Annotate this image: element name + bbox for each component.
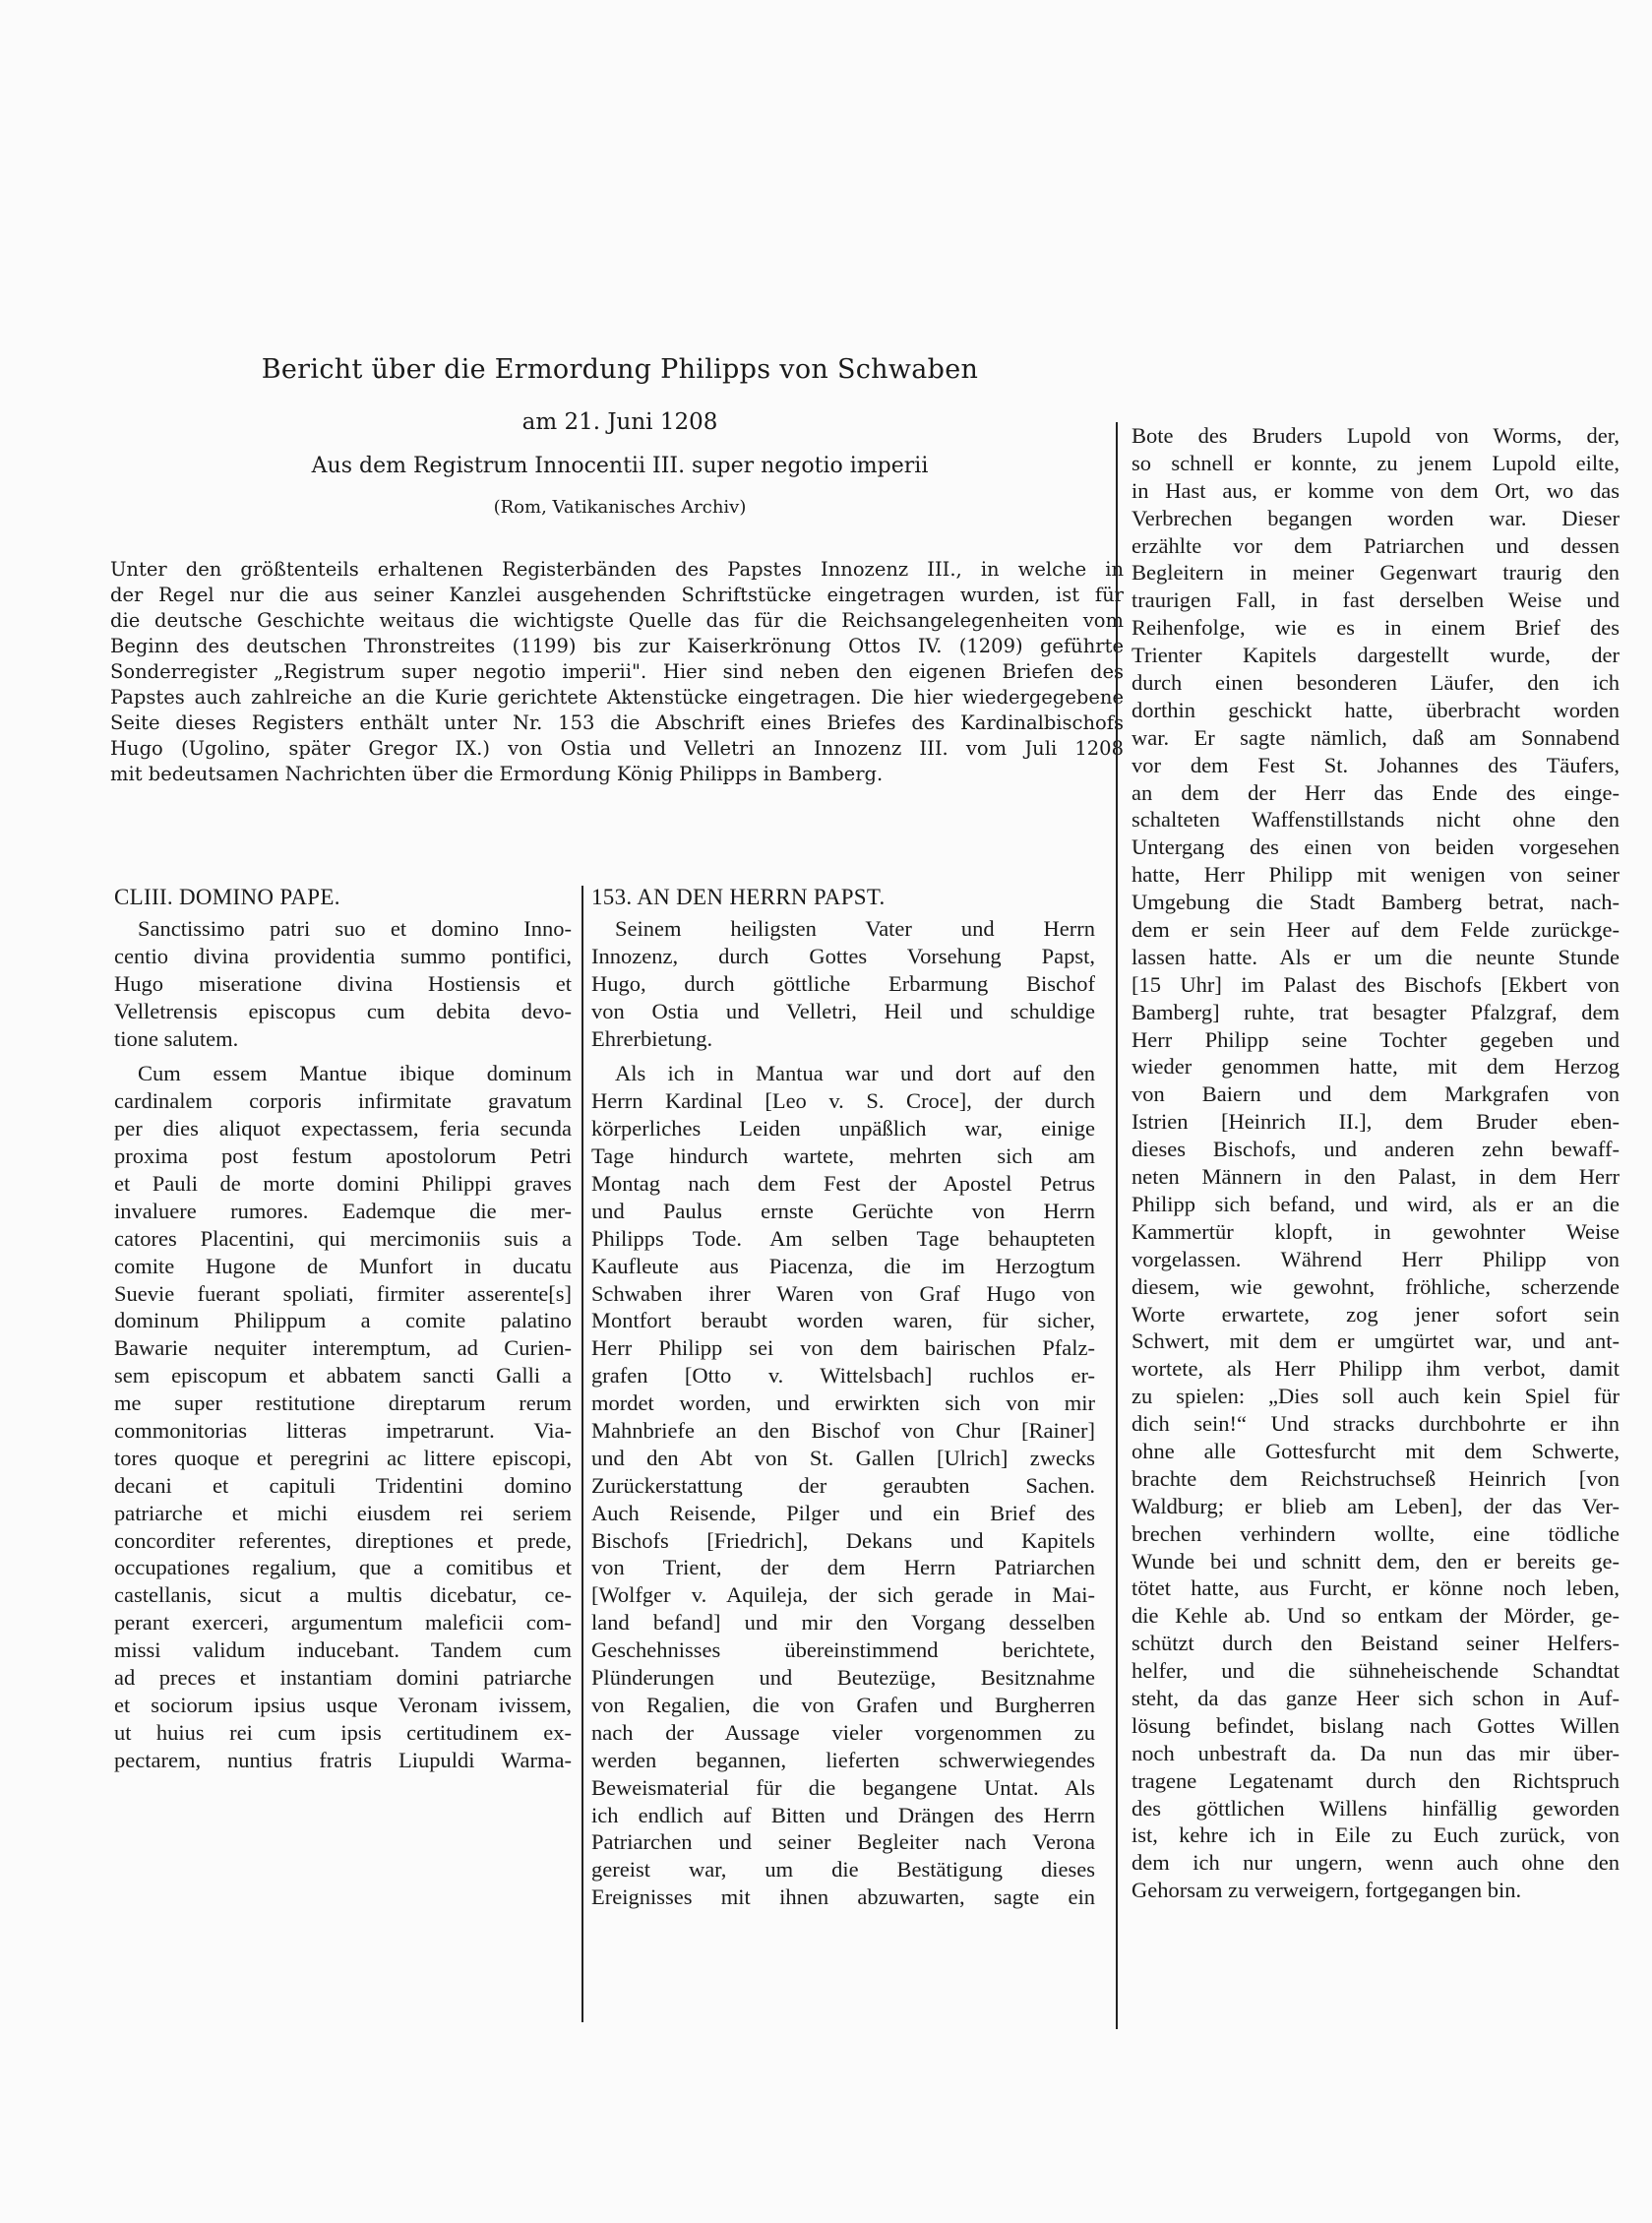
german-line: Plünderungen und Beutezüge, Besitznahme <box>591 1664 1095 1692</box>
latin-line: invaluere rumores. Eademque die mer- <box>114 1198 572 1225</box>
intro-line: die deutsche Geschichte weitaus die wich… <box>110 608 1124 634</box>
latin-line: Cum essem Mantue ibique dominum <box>114 1060 572 1087</box>
continuation-line: helfer, und die sühneheischende Schandta… <box>1132 1657 1620 1685</box>
continuation-line: vor dem Fest St. Johannes des Täufers, <box>1132 752 1620 779</box>
continuation-line: wieder genommen hatte, mit dem Herzog <box>1132 1053 1620 1081</box>
continuation-line: Herr Philipp seine Tochter gegeben und <box>1132 1026 1620 1054</box>
intro-line: Beginn des deutschen Thronstreites (1199… <box>110 634 1124 659</box>
continuation-line: Bamberg] ruhte, trat besagter Pfalzgraf,… <box>1132 999 1620 1026</box>
german-line: Ehrerbietung. <box>591 1025 1095 1053</box>
continuation-line: dem er sein Heer auf dem Felde zurückge- <box>1132 916 1620 944</box>
continuation-line: Wunde bei und schnitt dem, den er bereit… <box>1132 1548 1620 1575</box>
latin-line: tores quoque et peregrini ac littere epi… <box>114 1445 572 1472</box>
german-line: Auch Reisende, Pilger und ein Brief des <box>591 1500 1095 1527</box>
latin-line: sem episcopum et abbatem sancti Galli a <box>114 1362 572 1389</box>
german-line: ich endlich auf Bitten und Drängen des H… <box>591 1802 1095 1829</box>
continuation-line: Philipp sich befand, und wird, als er an… <box>1132 1191 1620 1218</box>
intro-paragraph: Unter den größtenteils erhaltenen Regist… <box>110 557 1124 787</box>
continuation-column: Bote des Bruders Lupold von Worms, der, … <box>1132 422 1620 1904</box>
continuation-line: brachte dem Reichstruchseß Heinrich [von <box>1132 1465 1620 1493</box>
german-line: Herrn Kardinal [Leo v. S. Croce], der du… <box>591 1087 1095 1115</box>
intro-line: Seite dieses Registers enthält unter Nr.… <box>110 710 1124 736</box>
continuation-line: wortete, als Herr Philipp ihm verbot, da… <box>1132 1355 1620 1383</box>
latin-line: comite Hugone de Munfort in ducatu <box>114 1253 572 1280</box>
source-line: Aus dem Registrum Innocentii III. super … <box>148 454 1092 478</box>
continuation-line: schützt durch den Beistand seiner Helfer… <box>1132 1630 1620 1657</box>
latin-line: catores Placentini, qui mercimoniis suis… <box>114 1225 572 1253</box>
latin-line: ad preces et instantiam domini patriarch… <box>114 1664 572 1692</box>
continuation-line: ohne alle Gottesfurcht mit dem Schwerte, <box>1132 1438 1620 1465</box>
latin-line: me super restitutione direptarum rerum <box>114 1389 572 1417</box>
latin-line: et sociorum ipsius usque Veronam ivissem… <box>114 1692 572 1719</box>
continuation-line: [15 Uhr] im Palast des Bischofs [Ekbert … <box>1132 971 1620 999</box>
latin-line: et Pauli de morte domini Philippi graves <box>114 1170 572 1198</box>
german-line: Montfort beraubt worden waren, für siche… <box>591 1307 1095 1334</box>
german-line: mordet worden, und erwirkten sich von mi… <box>591 1389 1095 1417</box>
continuation-line: Schwert, mit dem er umgürtet war, und an… <box>1132 1328 1620 1355</box>
column-divider <box>581 886 583 2022</box>
continuation-line: vorgelassen. Während Herr Philipp von <box>1132 1246 1620 1273</box>
continuation-line: von Baiern und dem Markgrafen von <box>1132 1081 1620 1108</box>
german-line: Bischofs [Friedrich], Dekans und Kapitel… <box>591 1527 1095 1555</box>
latin-line: Suevie fuerant spoliati, firmiter assere… <box>114 1280 572 1308</box>
column-divider <box>1116 422 1118 2029</box>
german-heading: 153. AN DEN HERRN PAPST. <box>591 884 1095 915</box>
continuation-line: lassen hatte. Als er um die neunte Stund… <box>1132 944 1620 971</box>
continuation-line: Waldburg; er blieb am Leben], der das Ve… <box>1132 1493 1620 1520</box>
german-line: Zurückerstattung der geraubten Sachen. <box>591 1472 1095 1500</box>
continuation-line: neten Männern in den Palast, in dem Herr <box>1132 1163 1620 1191</box>
intro-line: Papstes auch zahlreiche an die Kurie ger… <box>110 685 1124 710</box>
german-line: Kaufleute aus Piacenza, die im Herzogtum <box>591 1253 1095 1280</box>
german-line: Hugo, durch göttliche Erbarmung Bischof <box>591 970 1095 998</box>
continuation-line: durch einen besonderen Läufer, den ich <box>1132 669 1620 697</box>
latin-line: occupationes regalium, que a comitibus e… <box>114 1554 572 1581</box>
continuation-line: ist, kehre ich in Eile zu Euch zurück, v… <box>1132 1822 1620 1849</box>
latin-line: perant exerceri, argumentum maleficii co… <box>114 1609 572 1636</box>
continuation-line: brechen verhindern wollte, eine tödliche <box>1132 1520 1620 1548</box>
intro-line: Hugo (Ugolino, später Gregor IX.) von Os… <box>110 736 1124 762</box>
continuation-line: Kammertür klopft, in gewohnter Weise <box>1132 1218 1620 1246</box>
german-line: Philipps Tode. Am selben Tage behauptete… <box>591 1225 1095 1253</box>
continuation-line: tragene Legatenamt durch den Richtspruch <box>1132 1767 1620 1795</box>
continuation-line: Verbrechen begangen worden war. Dieser <box>1132 505 1620 532</box>
continuation-line: dich sein!“ Und stracks durchbohrte er i… <box>1132 1410 1620 1438</box>
latin-line: patriarche et michi eiusdem rei seriem <box>114 1500 572 1527</box>
german-line: land befand] und mir den Vorgang desselb… <box>591 1609 1095 1636</box>
latin-line: per dies aliquot expectassem, feria secu… <box>114 1115 572 1142</box>
intro-line: Sonderregister „Registrum super negotio … <box>110 659 1124 685</box>
paragraph-gap <box>591 1052 1095 1060</box>
german-line: und den Abt von St. Gallen [Ulrich] zwec… <box>591 1445 1095 1472</box>
latin-line: dominum Philippum a comite palatino <box>114 1307 572 1334</box>
german-line: Ereignisses mit ihnen abzuwarten, sagte … <box>591 1883 1095 1911</box>
continuation-line: war. Er sagte nämlich, daß am Sonnabend <box>1132 724 1620 752</box>
continuation-line: Bote des Bruders Lupold von Worms, der, <box>1132 422 1620 450</box>
latin-line: Velletrensis episcopus cum debita devo- <box>114 998 572 1025</box>
continuation-line: an dem der Herr das Ende des einge- <box>1132 779 1620 807</box>
latin-line: decani et capituli Tridentini domino <box>114 1472 572 1500</box>
continuation-line: in Hast aus, er komme von dem Ort, wo da… <box>1132 477 1620 505</box>
latin-line: concorditer referentes, direptiones et p… <box>114 1527 572 1555</box>
archive-line: (Rom, Vatikanisches Archiv) <box>148 497 1092 518</box>
latin-line: cardinalem corporis infirmitate gravatum <box>114 1087 572 1115</box>
continuation-line: schalteten Waffenstillstands nicht ohne … <box>1132 806 1620 834</box>
continuation-line: Reihenfolge, wie es in einem Brief des <box>1132 614 1620 642</box>
intro-line: mit bedeutsamen Nachrichten über die Erm… <box>110 762 1124 787</box>
latin-line: Hugo miseratione divina Hostiensis et <box>114 970 572 998</box>
german-line: körperliches Leiden unpäßlich war, einig… <box>591 1115 1095 1142</box>
german-line: gereist war, um die Bestätigung dieses <box>591 1856 1095 1883</box>
continuation-line: traurigen Fall, in fast derselben Weise … <box>1132 587 1620 614</box>
continuation-line: tötet hatte, aus Furcht, er könne noch l… <box>1132 1575 1620 1602</box>
continuation-line: zu spielen: „Dies soll auch kein Spiel f… <box>1132 1383 1620 1410</box>
paragraph-gap <box>114 1052 572 1060</box>
latin-line: castellanis, sicut a multis dicebatur, c… <box>114 1581 572 1609</box>
german-line: Mahnbriefe an den Bischof von Chur [Rain… <box>591 1417 1095 1445</box>
german-line: Patriarchen und seiner Begleiter nach Ve… <box>591 1828 1095 1856</box>
continuation-line: des göttlichen Willens hinfällig geworde… <box>1132 1795 1620 1822</box>
continuation-line: Istrien [Heinrich II.], dem Bruder eben- <box>1132 1108 1620 1136</box>
continuation-line: Untergang des einen von beiden vorgesehe… <box>1132 834 1620 861</box>
latin-line: missi validum inducebant. Tandem cum <box>114 1636 572 1664</box>
continuation-line: hatte, Herr Philipp mit wenigen von sein… <box>1132 861 1620 889</box>
continuation-line: dorthin geschickt hatte, überbracht word… <box>1132 697 1620 724</box>
intro-line: der Regel nur die aus seiner Kanzlei aus… <box>110 583 1124 608</box>
continuation-line: dieses Bischofs, und anderen zehn bewaff… <box>1132 1136 1620 1163</box>
latin-line: Bawarie nequiter interemptum, ad Curien- <box>114 1334 572 1362</box>
latin-heading: CLIII. DOMINO PAPE. <box>114 884 572 915</box>
german-line: Schwaben ihrer Waren von Graf Hugo von <box>591 1280 1095 1308</box>
german-column: 153. AN DEN HERRN PAPST. Seinem heiligst… <box>591 884 1095 1911</box>
page-title: Bericht über die Ermordung Philipps von … <box>148 354 1092 385</box>
german-line: nach der Aussage vieler vorgenommen zu <box>591 1719 1095 1747</box>
latin-line: Sanctissimo patri suo et domino Inno- <box>114 915 572 943</box>
german-line: Innozenz, durch Gottes Vorsehung Papst, <box>591 943 1095 970</box>
continuation-line: erzählte vor dem Patriarchen und dessen <box>1132 532 1620 560</box>
continuation-line: Umgebung die Stadt Bamberg betrat, nach- <box>1132 889 1620 916</box>
german-line: Geschehnisses übereinstimmend berichtete… <box>591 1636 1095 1664</box>
date-line: am 21. Juni 1208 <box>148 409 1092 435</box>
latin-column: CLIII. DOMINO PAPE. Sanctissimo patri su… <box>114 884 572 1774</box>
continuation-line: lösung befindet, bislang nach Gottes Wil… <box>1132 1712 1620 1740</box>
latin-line: commonitorias litteras impetrarunt. Via- <box>114 1417 572 1445</box>
continuation-line: diesem, wie gewohnt, fröhliche, scherzen… <box>1132 1273 1620 1301</box>
continuation-line: Worte erwartete, zog jener sofort sein <box>1132 1301 1620 1328</box>
continuation-line: noch unbestraft da. Da nun das mir über- <box>1132 1740 1620 1767</box>
german-line: werden begannen, lieferten schwerwiegend… <box>591 1747 1095 1774</box>
german-line: von Trient, der dem Herrn Patriarchen <box>591 1554 1095 1581</box>
latin-line: proxima post festum apostolorum Petri <box>114 1142 572 1170</box>
intro-line: Unter den größtenteils erhaltenen Regist… <box>110 557 1124 583</box>
continuation-line: Begleitern in meiner Gegenwart traurig d… <box>1132 559 1620 587</box>
continuation-line: steht, da das ganze Heer sich schon in A… <box>1132 1685 1620 1712</box>
continuation-line: dem ich nur ungern, wenn auch ohne den <box>1132 1849 1620 1877</box>
latin-line: ut huius rei cum ipsis certitudinem ex- <box>114 1719 572 1747</box>
german-line: Seinem heiligsten Vater und Herrn <box>591 915 1095 943</box>
german-line: von Ostia und Velletri, Heil und schuldi… <box>591 998 1095 1025</box>
continuation-line: Trienter Kapitels dargestellt wurde, der <box>1132 642 1620 669</box>
german-line: Beweismaterial für die begangene Untat. … <box>591 1774 1095 1802</box>
continuation-line: die Kehle ab. Und so entkam der Mörder, … <box>1132 1602 1620 1630</box>
german-line: Herr Philipp sei von dem bairischen Pfal… <box>591 1334 1095 1362</box>
latin-line: pectarem, nuntius fratris Liupuldi Warma… <box>114 1747 572 1774</box>
continuation-line: Gehorsam zu verweigern, fortgegangen bin… <box>1132 1877 1620 1904</box>
german-line: [Wolfger v. Aquileja, der sich gerade in… <box>591 1581 1095 1609</box>
latin-line: centio divina providentia summo pontific… <box>114 943 572 970</box>
german-line: grafen [Otto v. Wittelsbach] ruchlos er- <box>591 1362 1095 1389</box>
continuation-line: so schnell er konnte, zu jenem Lupold ei… <box>1132 450 1620 477</box>
german-line: und Paulus ernste Gerüchte von Herrn <box>591 1198 1095 1225</box>
german-line: Montag nach dem Fest der Apostel Petrus <box>591 1170 1095 1198</box>
latin-line: tione salutem. <box>114 1025 572 1053</box>
german-line: Tage hindurch wartete, mehrten sich am <box>591 1142 1095 1170</box>
german-line: von Regalien, die von Grafen und Burgher… <box>591 1692 1095 1719</box>
german-line: Als ich in Mantua war und dort auf den <box>591 1060 1095 1087</box>
